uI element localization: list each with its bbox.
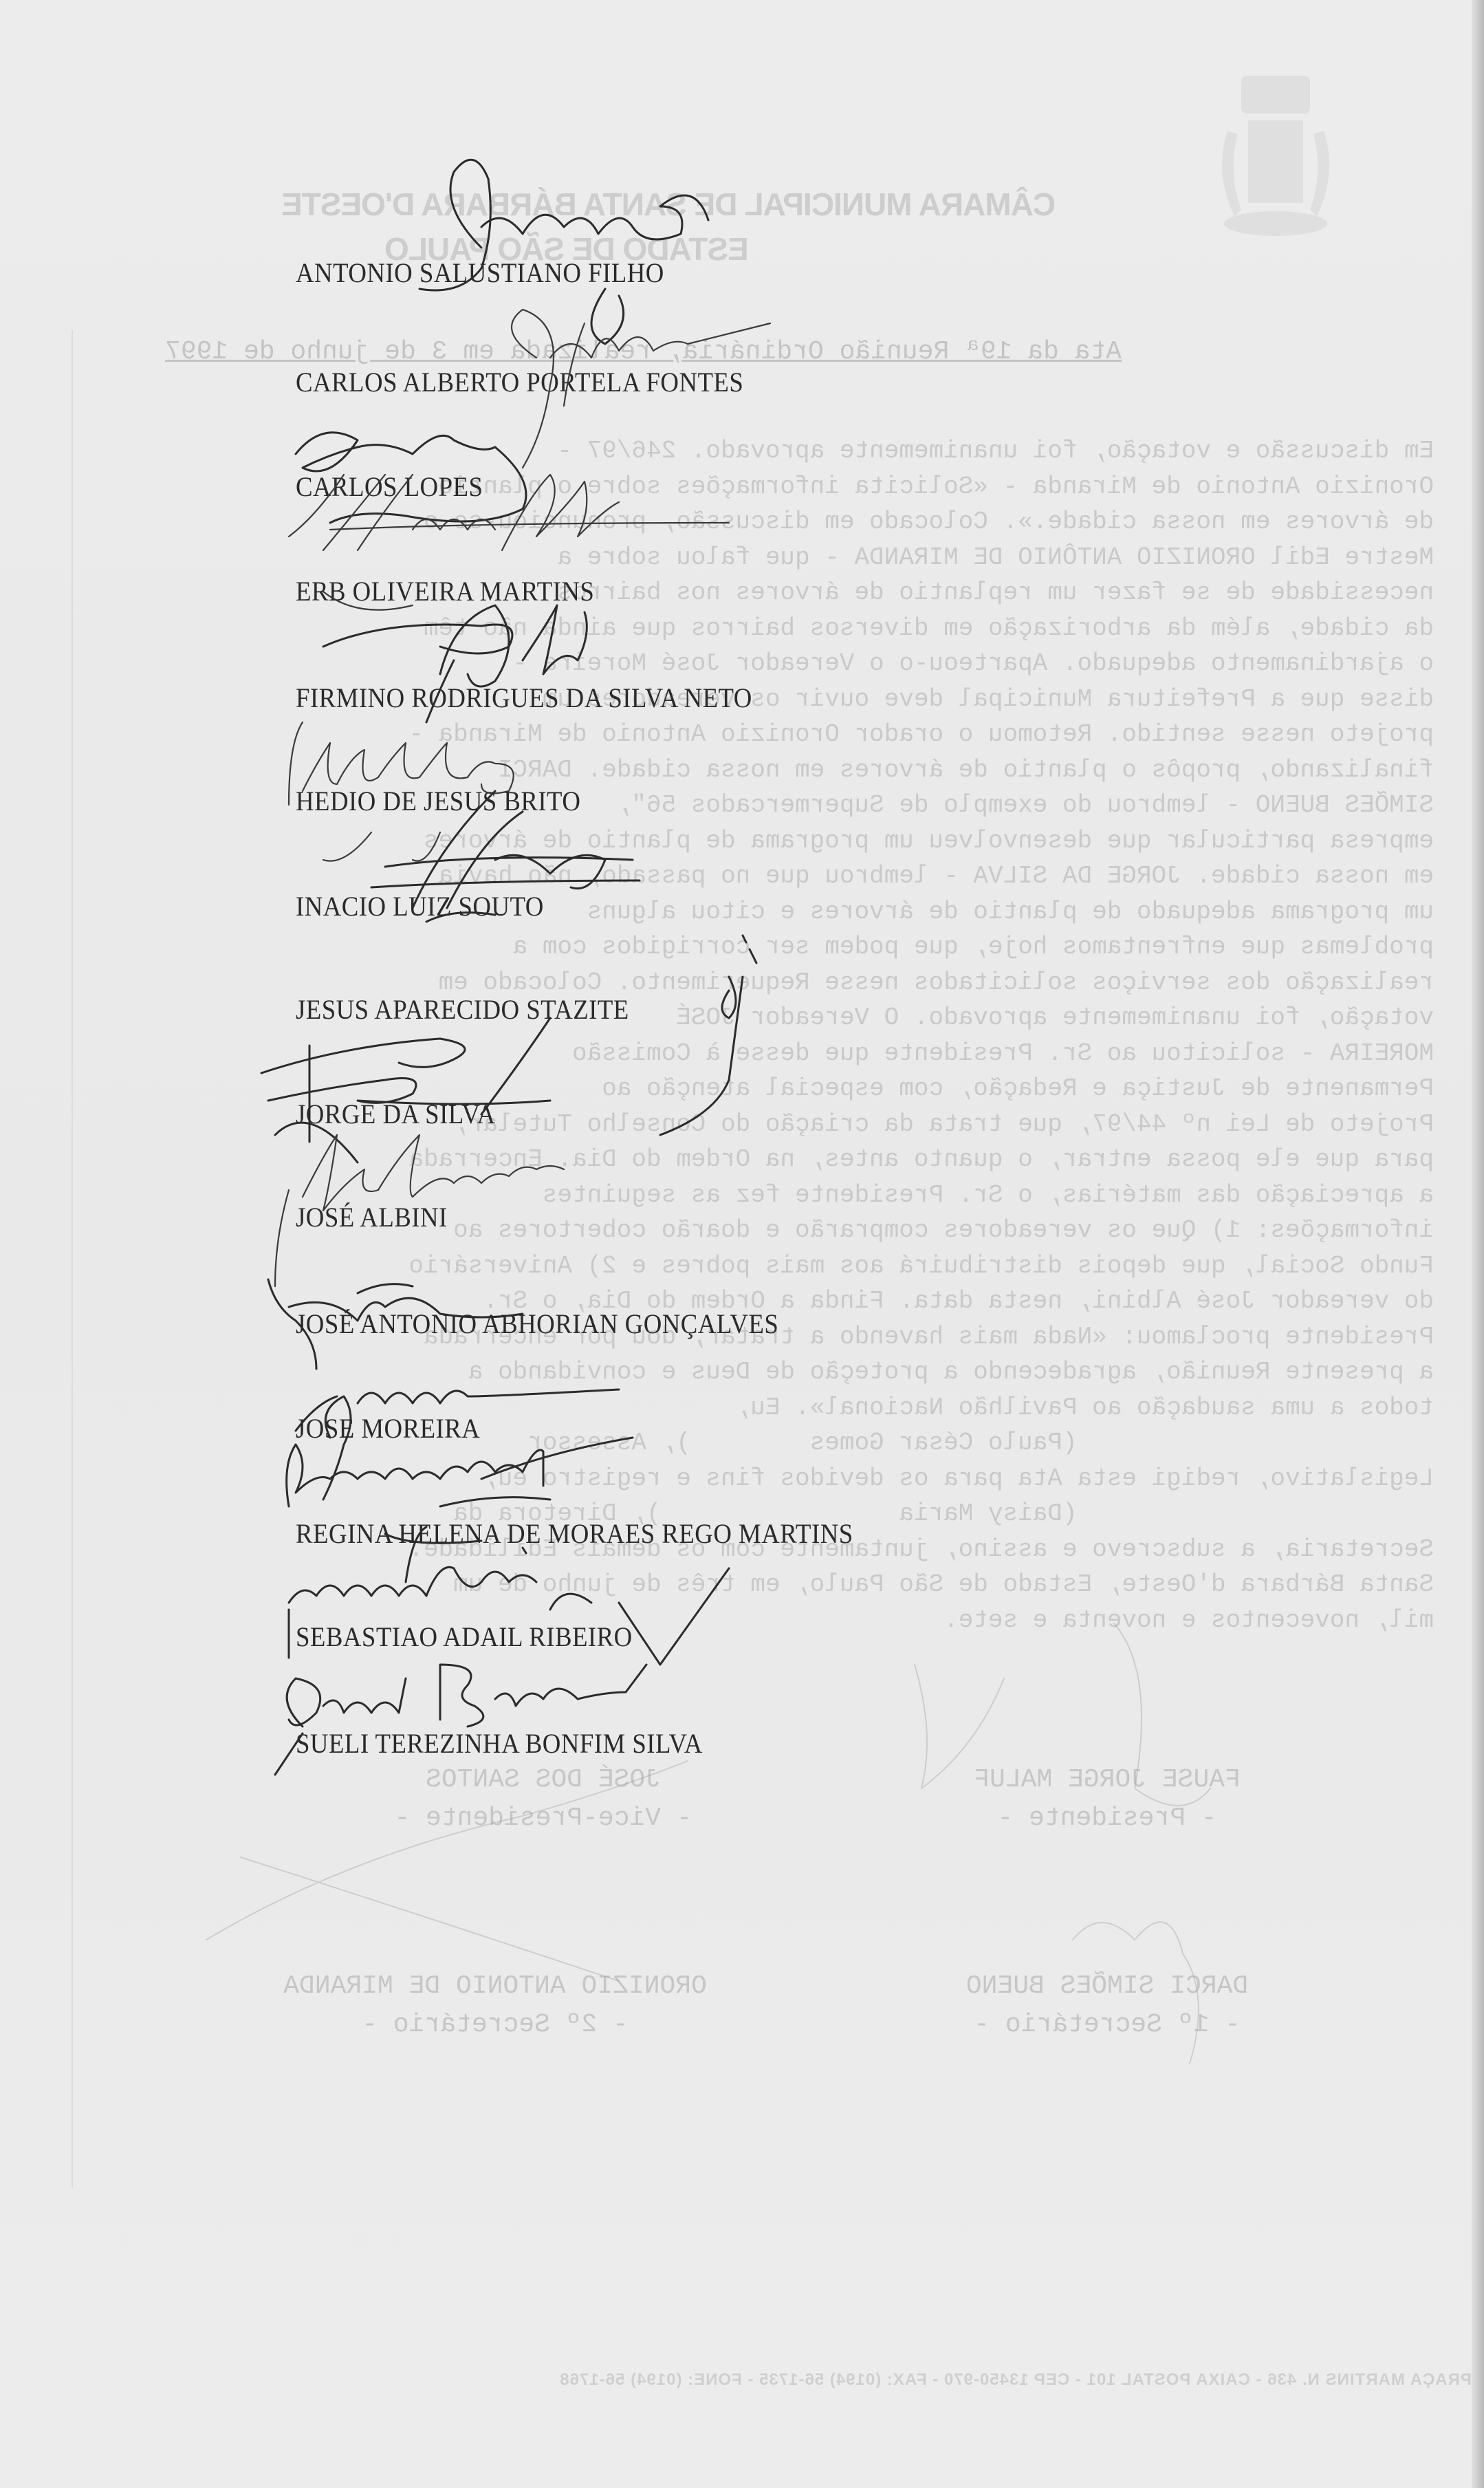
signatory-name: REGINA HELENA DE MORAES REGO MARTINS bbox=[296, 1519, 853, 1549]
signatory-name: FIRMINO RODRIGUES DA SILVA NETO bbox=[296, 683, 752, 713]
bleed-body-line: SIMÕES BUENO - lembrou do exemplo de Sup… bbox=[86, 788, 1434, 823]
bleed-body-line: em nossa cidade. JORGE DA SILVA - lembro… bbox=[86, 858, 1434, 894]
bleed-signature-1-secretario: DARCI SIMÕES BUENO - 1º Secretário - bbox=[915, 1967, 1300, 2044]
signatory-name: JORGE DA SILVA bbox=[296, 1099, 496, 1129]
bleed-body-line: projeto nesse sentido. Retomou o orador … bbox=[86, 717, 1434, 753]
bleed-body-line: um programa adequado de plantio de árvor… bbox=[86, 894, 1434, 930]
bleed-body-line: (Paulo César Gomes ), Assessor bbox=[86, 1425, 1434, 1461]
bleed-header-line1: CÂMARA MUNICIPAL DE SANTA BÁRBARA D'OEST… bbox=[282, 186, 1056, 223]
bleed-body-line: Permanente de Justiça e Redação, com esp… bbox=[86, 1071, 1434, 1107]
bleed-sig-name: FAUSE JORGE MALUF bbox=[915, 1761, 1300, 1799]
page-edge-shadow bbox=[1472, 0, 1484, 2488]
bleed-margin-line bbox=[72, 330, 73, 2187]
coat-of-arms-icon bbox=[1210, 69, 1341, 248]
bleed-signature-2-secretario: ORONIZIO ANTONIO DE MIRANDA - 2º Secretá… bbox=[248, 1967, 743, 2044]
bleed-sig-role: - 2º Secretário - bbox=[248, 2006, 743, 2044]
bleed-body-line: votação, foi unanimemente aprovado. O Ve… bbox=[86, 1000, 1434, 1036]
signatory-name: INACIO LUIZ SOUTO bbox=[296, 891, 544, 922]
bleed-body-line: da cidade, além da arborização em divers… bbox=[86, 611, 1434, 647]
document-page: CÂMARA MUNICIPAL DE SANTA BÁRBARA D'OEST… bbox=[0, 0, 1484, 2488]
bleed-body-line: realização dos serviços solicitados ness… bbox=[86, 965, 1434, 1001]
bleed-body-line: o ajardinamento adequado. Aparteou-o o V… bbox=[86, 646, 1434, 682]
bleed-body-line: disse que a Prefeitura Municipal deve ou… bbox=[86, 682, 1434, 717]
bleed-body-line: mil, novecentos e noventa e sete. bbox=[86, 1603, 1434, 1638]
bleed-body-line: problemas que enfrentamos hoje, que pode… bbox=[86, 929, 1434, 965]
signatory-name: SEBASTIAO ADAIL RIBEIRO bbox=[296, 1622, 633, 1652]
bleed-title: Ata da 19ª Reunião Ordinária, realizada … bbox=[165, 337, 1122, 367]
bleed-sig-name: ORONIZIO ANTONIO DE MIRANDA bbox=[248, 1967, 743, 2006]
bleed-body-line: Oronizio Antonio de Miranda - «Solicita … bbox=[86, 469, 1434, 505]
bleed-signature-presidente: FAUSE JORGE MALUF - Presidente - bbox=[915, 1761, 1300, 1838]
signatory-name: CARLOS LOPES bbox=[296, 472, 483, 502]
bleed-body-line: necessidade de se fazer um replantio de … bbox=[86, 575, 1434, 611]
bleed-body-line: finalizando, propôs o plantio de árvores… bbox=[86, 753, 1434, 788]
signatory-name: JOSÉ ALBINI bbox=[296, 1202, 448, 1233]
signatory-name: JOSE MOREIRA bbox=[296, 1414, 480, 1444]
bleed-body-text: Em discussão e votação, foi unanimemente… bbox=[86, 433, 1434, 1638]
bleed-signature-vice-presidente: JOSÉ DOS SANTOS - Vice-Presidente - bbox=[351, 1761, 736, 1838]
bleed-body-line: Projeto de Lei nº 44/97, que trata da cr… bbox=[86, 1107, 1434, 1143]
bleed-sig-role: - Presidente - bbox=[915, 1799, 1300, 1838]
bleed-body-line: Em discussão e votação, foi unanimemente… bbox=[86, 433, 1434, 469]
bleed-body-line: para que ele possa entrar, o quanto ante… bbox=[86, 1142, 1434, 1178]
signatory-name: JOSÉ ANTONIO ABHORIAN GONÇALVES bbox=[296, 1309, 778, 1339]
bleed-footer: PRAÇA MARTINS N. 436 - CAIXA POSTAL 101 … bbox=[0, 2370, 1472, 2390]
bleed-body-line: Mestre Edil ORONIZIO ANTÔNIO DE MIRANDA … bbox=[86, 540, 1434, 576]
signatory-name: CARLOS ALBERTO PORTELA FONTES bbox=[296, 367, 743, 398]
bleed-body-line: de árvores em nossa cidade.». Colocado e… bbox=[86, 504, 1434, 540]
bleed-body-line: MOREIRA - solicitou ao Sr. Presidente qu… bbox=[86, 1036, 1434, 1072]
signatory-name: HEDIO DE JESUS BRITO bbox=[296, 786, 580, 816]
bleed-sig-name: DARCI SIMÕES BUENO bbox=[915, 1967, 1300, 2006]
bleed-body-line: Fundo Social, que depois distribuirá aos… bbox=[86, 1248, 1434, 1284]
bleed-body-line: a presente Reunião, agradecendo a proteç… bbox=[86, 1354, 1434, 1390]
signatory-name: ERB OLIVEIRA MARTINS bbox=[296, 576, 594, 607]
bleed-sig-role: - Vice-Presidente - bbox=[351, 1799, 736, 1838]
bleed-body-line: todos a uma saudação ao Pavilhão Naciona… bbox=[86, 1390, 1434, 1426]
signatory-name: JESUS APARECIDO STAZITE bbox=[296, 995, 629, 1025]
bleed-body-line: empresa particular que desenvolveu um pr… bbox=[86, 823, 1434, 859]
signatory-name: SUELI TEREZINHA BONFIM SILVA bbox=[296, 1729, 703, 1759]
bleed-sig-name: JOSÉ DOS SANTOS bbox=[351, 1761, 736, 1799]
bleed-body-line: Legislativo, redigi esta Ata para os dev… bbox=[86, 1461, 1434, 1497]
bleed-body-line: informações: 1) Que os vereadores compra… bbox=[86, 1213, 1434, 1248]
bleed-body-line: a apreciação das matérias, o Sr. Preside… bbox=[86, 1178, 1434, 1213]
signatory-name: ANTONIO SALUSTIANO FILHO bbox=[296, 258, 664, 288]
bleed-sig-role: - 1º Secretário - bbox=[915, 2006, 1300, 2044]
bleed-body-line: Santa Bárbara d'Oeste, Estado de São Pau… bbox=[86, 1567, 1434, 1603]
